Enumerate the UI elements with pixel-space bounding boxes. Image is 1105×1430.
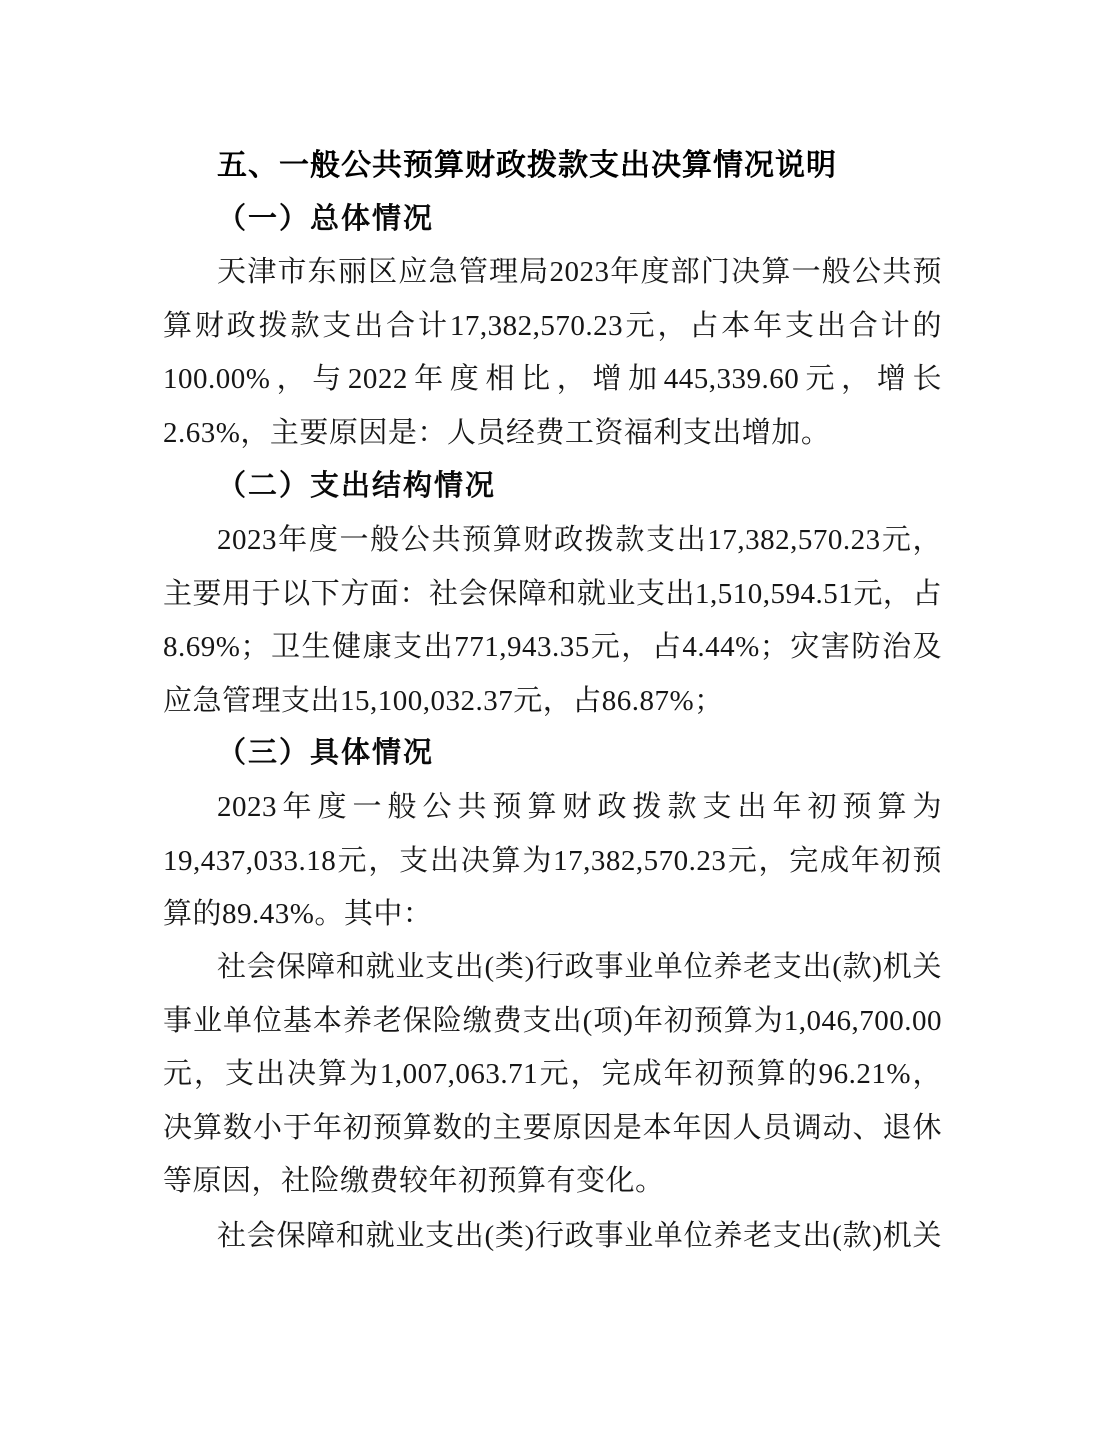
section-3-paragraph-3-truncated: 社会保障和就业支出(类)行政事业单位养老支出(款)机关事: [163, 1210, 942, 1264]
section-2-paragraph-1: 2023年度一般公共预算财政拨款支出17,382,570.23元，主要用于以下方…: [163, 514, 942, 729]
section-2-heading: （二）支出结构情况: [163, 460, 942, 514]
section-3-heading: （三）具体情况: [163, 727, 942, 781]
document-page: 五、一般公共预算财政拨款支出决算情况说明 （一）总体情况 天津市东丽区应急管理局…: [0, 0, 1105, 1430]
section-3-paragraph-2: 社会保障和就业支出(类)行政事业单位养老支出(款)机关事业单位基本养老保险缴费支…: [163, 941, 942, 1210]
section-1-paragraph-1: 天津市东丽区应急管理局2023年度部门决算一般公共预算财政拨款支出合计17,38…: [163, 246, 942, 461]
section-3-paragraph-1: 2023年度一般公共预算财政拨款支出年初预算为19,437,033.18元，支出…: [163, 781, 942, 942]
section-1-heading: （一）总体情况: [163, 193, 942, 247]
page-title: 五、一般公共预算财政拨款支出决算情况说明: [163, 139, 942, 193]
